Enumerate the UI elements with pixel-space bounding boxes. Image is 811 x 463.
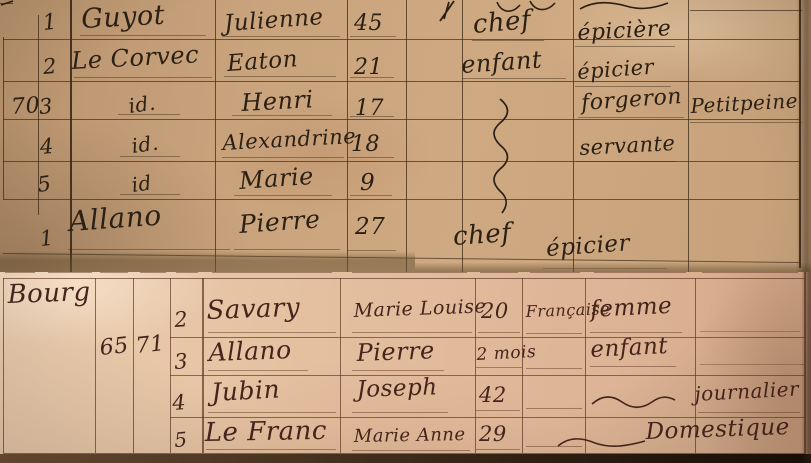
photo-vignette xyxy=(0,0,811,463)
census-register-photo: 1 Guyot Julienne 45 chef épicière 2 Le C… xyxy=(0,0,811,463)
